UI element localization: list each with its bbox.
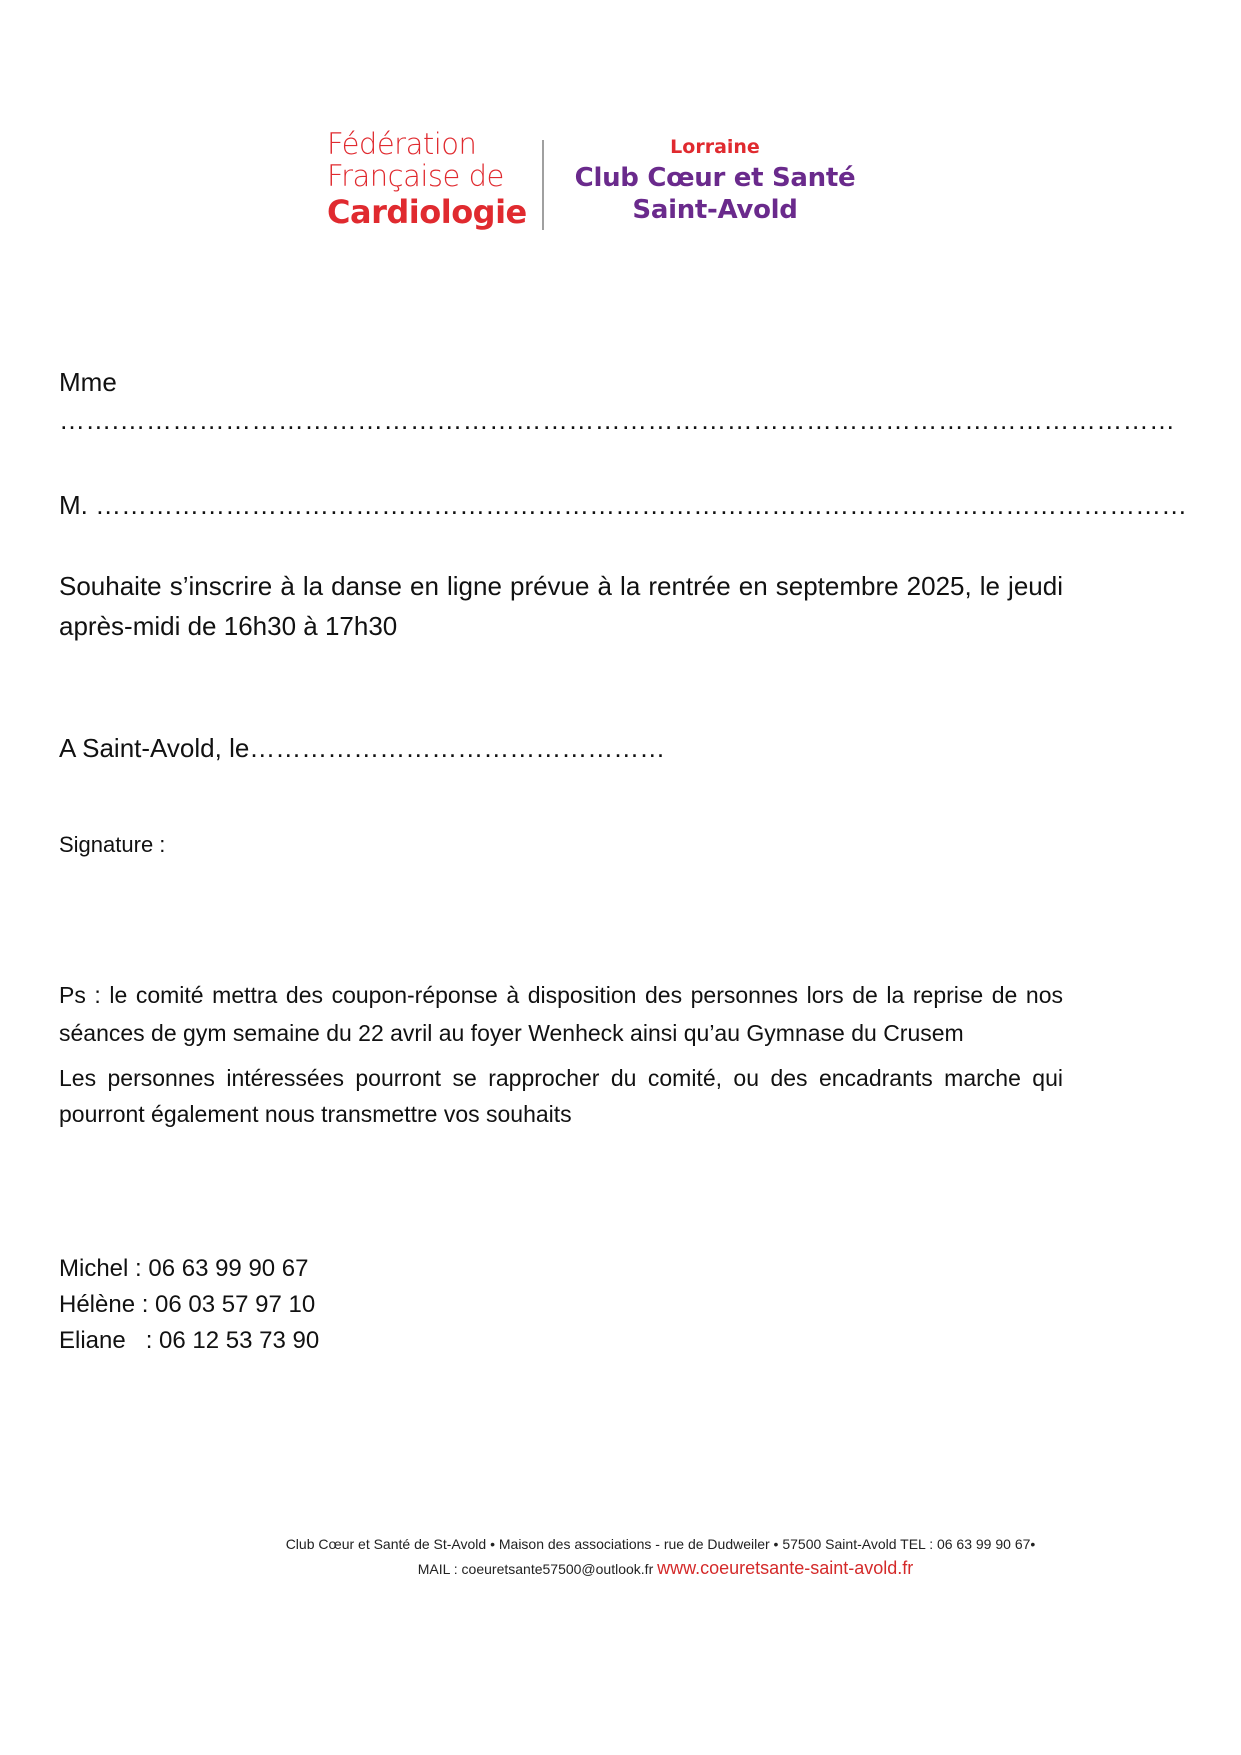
contact-michel: Michel : 06 63 99 90 67 <box>59 1251 319 1287</box>
contact-eliane: Eliane : 06 12 53 73 90 <box>59 1323 319 1359</box>
date-field: A Saint-Avold, le………………………………………… <box>59 733 665 764</box>
federation-name: Fédération Française de Cardiologie <box>327 130 527 228</box>
heart-bars-icon <box>211 136 311 231</box>
club-city: Saint-Avold <box>555 194 875 226</box>
mme-name-field: …….…………………………………………………………………………………………………… <box>59 405 1175 436</box>
contact-helene: Hélène : 06 03 57 97 10 <box>59 1287 319 1323</box>
federation-line-1: Fédération <box>327 130 527 162</box>
registration-paragraph: Souhaite s’inscrire à la danse en ligne … <box>59 566 1063 646</box>
footer-contact-line: MAIL : coeuretsante57500@outlook.fr www.… <box>0 1556 1241 1581</box>
logo-divider <box>542 140 544 230</box>
info-note: Les personnes intéressées pourront se ra… <box>59 1060 1063 1132</box>
federation-line-2: Française de <box>327 162 527 194</box>
notes-block: Ps : le comité mettra des coupon-réponse… <box>59 976 1063 1132</box>
footer-address: Club Cœur et Santé de St-Avold • Maison … <box>0 1532 1241 1556</box>
signature-label: Signature : <box>59 832 165 858</box>
club-name: Club Cœur et Santé <box>555 162 875 194</box>
federation-line-3: Cardiologie <box>327 196 527 228</box>
contact-list: Michel : 06 63 99 90 67 Hélène : 06 03 5… <box>59 1251 319 1359</box>
club-region: Lorraine <box>555 136 875 158</box>
footer-mail: MAIL : coeuretsante57500@outlook.fr <box>418 1561 657 1577</box>
footer: Club Cœur et Santé de St-Avold • Maison … <box>0 1532 1241 1581</box>
ps-note: Ps : le comité mettra des coupon-réponse… <box>59 976 1063 1052</box>
club-name-block: Lorraine Club Cœur et Santé Saint-Avold <box>555 136 875 226</box>
m-name-field: M. …………………………………………………………………………………………………… <box>59 490 1187 521</box>
mme-label: Mme <box>59 367 117 398</box>
letterhead: Fédération Française de Cardiologie Lorr… <box>205 128 885 238</box>
website-link[interactable]: www.coeuretsante-saint-avold.fr <box>657 1558 913 1578</box>
